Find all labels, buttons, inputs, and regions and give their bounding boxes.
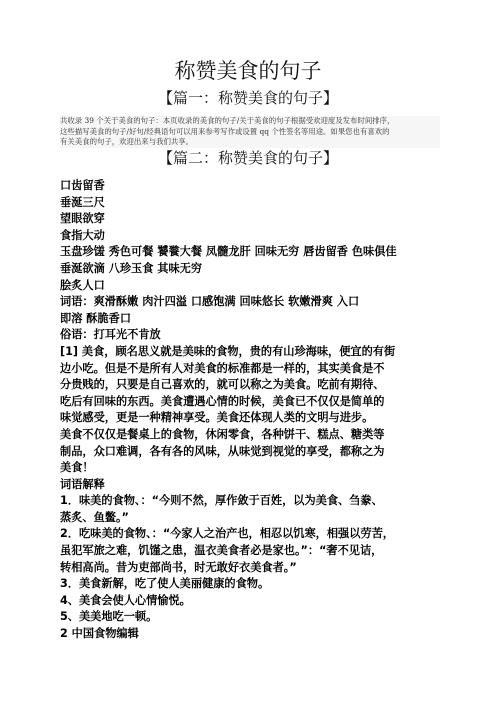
section-heading-2: 【篇二：称赞美食的句子】 [0, 148, 496, 168]
body-line: 2．吃味美的食物、：“今家人之治产也，相忍以饥寒，相强以劳苦， [60, 526, 450, 543]
document-title: 称赞美食的句子 [0, 58, 496, 84]
body-line: 脍炙人口 [60, 278, 450, 295]
body-line: 1．味美的食物、：“今则不然，厚作敛于百姓，以为美食、刍豢、 [60, 493, 450, 510]
body-line: 吃后有回味的东西。美食遭遇心情的时候，美食已不仅仅是简单的 [60, 394, 450, 411]
intro-paragraph: 共收录 39 个关于美食的句子：本页收录的美食的句子/关于美食的句子根据受欢迎度… [60, 116, 440, 148]
intro-line: 有关美食的句子，欢迎出来与我们共享。 [60, 137, 440, 148]
body-line: 制品，众口难调，各有各的风味，从味觉到视觉的享受，都称之为 [60, 444, 450, 461]
body-line: 虽犯军旅之难，饥馑之患，温衣美食者必是家也。”：“奢不见诘， [60, 543, 450, 560]
section-heading-1: 【篇一：称赞美食的句子】 [0, 88, 496, 108]
body-line: 即溶 酥脆香口 [60, 311, 450, 328]
body-line: 味觉感受，更是一种精神享受。美食还体现人类的文明与进步。 [60, 410, 450, 427]
body-line: 词语：爽滑酥嫩 肉汁四溢 口感饱满 回味悠长 软嫩滑爽 入口 [60, 294, 450, 311]
body-line: [1] 美食，顾名思义就是美味的食物，贵的有山珍海味，便宜的有街 [60, 344, 450, 361]
body-line: 3．美食新解，吃了使人美丽健康的食物。 [60, 576, 450, 593]
body-line: 5、美美地吃一顿。 [60, 609, 450, 626]
body-line: 垂涎三尺 [60, 195, 450, 212]
intro-line: 这些描写美食的句子/好句/经典语句可以用来参考写作或设置 qq 个性签名等用途。… [60, 127, 440, 138]
body-line: 美食！ [60, 460, 450, 477]
body-line: 边小吃。但是不是所有人对美食的标准都是一样的，其实美食是不 [60, 361, 450, 378]
body-line: 望眼欲穿 [60, 211, 450, 228]
body-line: 食指大动 [60, 228, 450, 245]
body-line: 4、美食会使人心情愉悦。 [60, 593, 450, 610]
body-line: 口齿留香 [60, 178, 450, 195]
body-text: 口齿留香 垂涎三尺 望眼欲穿 食指大动 玉盘珍馐 秀色可餐 饕餮大餐 凤髓龙肝 … [60, 178, 450, 643]
body-line: 词语解释 [60, 477, 450, 494]
body-line: 美食不仅仅是餐桌上的食物，休闲零食，各种饼干、糕点、糖类等 [60, 427, 450, 444]
intro-line: 共收录 39 个关于美食的句子：本页收录的美食的句子/关于美食的句子根据受欢迎度… [60, 116, 440, 127]
body-line: 2 中国食物编辑 [60, 626, 450, 643]
document-page: 称赞美食的句子 【篇一：称赞美食的句子】 共收录 39 个关于美食的句子：本页收… [0, 0, 496, 702]
body-line: 蒸炙、鱼鳖。” [60, 510, 450, 527]
body-line: 玉盘珍馐 秀色可餐 饕餮大餐 凤髓龙肝 回味无穷 唇齿留香 色味俱佳 [60, 244, 450, 261]
body-line: 垂涎欲滴 八珍玉食 其味无穷 [60, 261, 450, 278]
body-line: 转相高尚。昔为吏部尚书，时无敢好衣美食者。” [60, 560, 450, 577]
body-line: 分贵贱的，只要是自己喜欢的，就可以称之为美食。吃前有期待、 [60, 377, 450, 394]
body-line: 俗语：打耳光不肯放 [60, 327, 450, 344]
